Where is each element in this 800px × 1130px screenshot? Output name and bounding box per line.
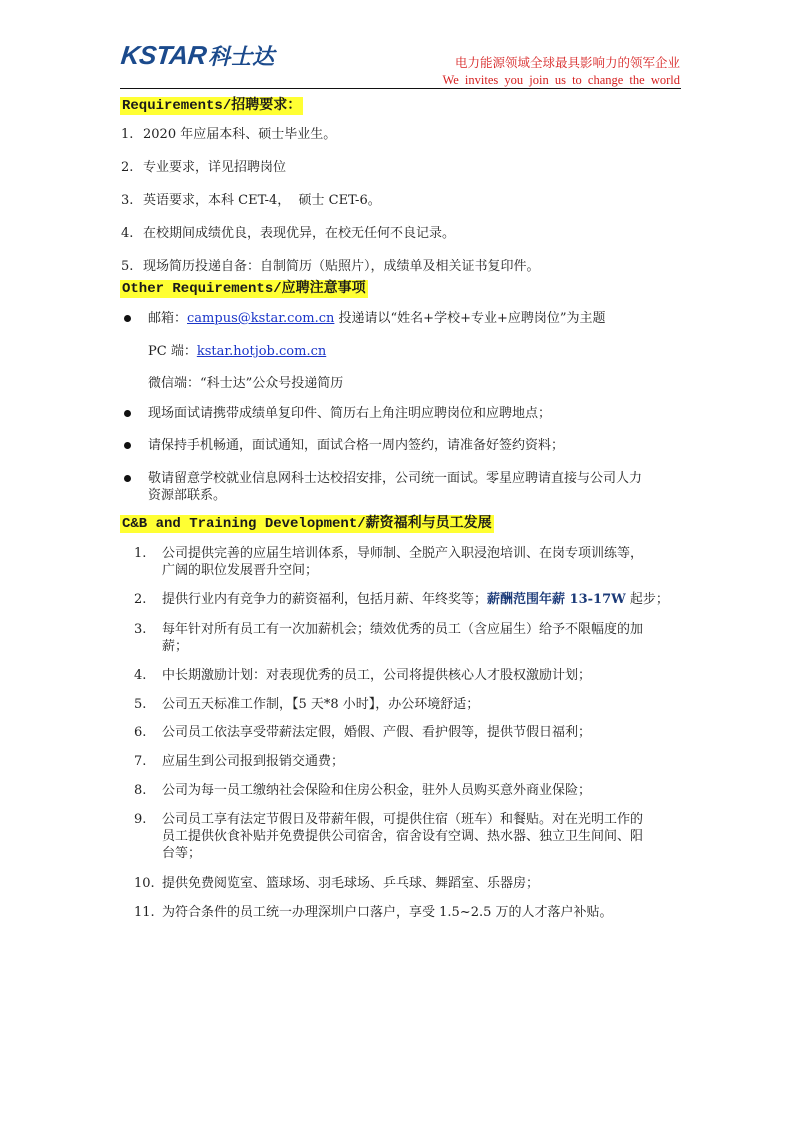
list-number: 3. bbox=[121, 193, 133, 209]
list-item-continuation: 员工提供伙食补贴并免费提供公司宿舍，宿舍设有空调、热水器、独立卫生间间、阳 bbox=[162, 829, 643, 845]
bullet-icon bbox=[124, 410, 131, 417]
list-item: 现场面试请携带成绩单复印件、简历右上角注明应聘岗位和应聘地点； bbox=[148, 406, 551, 422]
list-number: 3. bbox=[134, 622, 146, 638]
kstar-logo: KSTAR 科士达 bbox=[121, 40, 274, 70]
header-divider bbox=[120, 88, 681, 89]
salary-range-highlight: 薪酬范围年薪 13-17W bbox=[487, 592, 626, 607]
list-item: 每年针对所有员工有一次加薪机会；绩效优秀的员工（含应届生）给予不限幅度的加 bbox=[162, 622, 643, 638]
wechat-line: 微信端：“科士达”公众号投递简历 bbox=[148, 376, 343, 392]
list-item: 专业要求，详见招聘岗位 bbox=[143, 160, 286, 176]
list-number: 8. bbox=[134, 783, 146, 799]
list-number: 5. bbox=[134, 697, 146, 713]
email-link[interactable]: campus@kstar.com.cn bbox=[187, 311, 334, 326]
bullet-icon bbox=[124, 315, 131, 322]
list-item: 提供行业内有竞争力的薪资福利，包括月薪、年终奖等；薪酬范围年薪 13-17W 起… bbox=[162, 592, 669, 608]
list-item: 提供免费阅览室、篮球场、羽毛球场、乒乓球、舞蹈室、乐器房； bbox=[162, 876, 539, 892]
list-item: 2020 年应届本科、硕士毕业生。 bbox=[143, 127, 336, 143]
list-number: 1. bbox=[134, 546, 146, 562]
list-item-continuation: 台等； bbox=[162, 846, 201, 862]
tagline-en: We invites you join us to change the wor… bbox=[442, 72, 680, 89]
email-label: 邮箱： bbox=[148, 311, 187, 326]
pc-label: PC 端： bbox=[148, 344, 197, 359]
list-item: 请保持手机畅通，面试通知，面试合格一周内签约，请准备好签约资料； bbox=[148, 438, 564, 454]
list-number: 2. bbox=[134, 592, 146, 608]
salary-text: 提供行业内有竞争力的薪资福利，包括月薪、年终奖等； bbox=[162, 592, 487, 607]
logo-text-cn: 科士达 bbox=[208, 40, 274, 71]
bullet-icon bbox=[124, 475, 131, 482]
list-number: 4. bbox=[134, 668, 146, 684]
list-item: 在校期间成绩优良，表现优异，在校无任何不良记录。 bbox=[143, 226, 455, 242]
email-instructions: 投递请以“姓名+学校+专业+应聘岗位”为主题 bbox=[334, 311, 605, 326]
list-item: 公司五天标准工作制，【5 天*8 小时】，办公环境舒适； bbox=[162, 697, 479, 713]
list-number: 4. bbox=[121, 226, 133, 242]
bullet-icon bbox=[124, 442, 131, 449]
list-item: 为符合条件的员工统一办理深圳户口落户，享受 1.5~2.5 万的人才落户补贴。 bbox=[162, 905, 613, 921]
list-number: 2. bbox=[121, 160, 133, 176]
pc-link[interactable]: kstar.hotjob.com.cn bbox=[197, 344, 326, 359]
list-number: 6. bbox=[134, 725, 146, 741]
tagline-cn: 电力能源领域全球最具影响力的领军企业 bbox=[442, 55, 680, 72]
section-heading-other-requirements: Other Requirements/应聘注意事项 bbox=[120, 280, 368, 298]
list-number: 10. bbox=[134, 876, 155, 892]
list-number: 9. bbox=[134, 812, 146, 828]
list-item: 公司为每一员工缴纳社会保险和住房公积金，驻外人员购买意外商业保险； bbox=[162, 783, 591, 799]
list-item: 英语要求，本科 CET-4， 硕士 CET-6。 bbox=[143, 193, 381, 209]
salary-suffix: 起步； bbox=[626, 592, 669, 607]
list-number: 5. bbox=[121, 259, 133, 275]
list-item: 公司提供完善的应届生培训体系，导师制、全脱产入职浸泡培训、在岗专项训练等， bbox=[162, 546, 643, 562]
list-number: 7. bbox=[134, 754, 146, 770]
list-item: 公司员工享有法定节假日及带薪年假，可提供住宿（班车）和餐贴。对在光明工作的 bbox=[162, 812, 643, 828]
list-item: 敬请留意学校就业信息网科士达校招安排，公司统一面试。零星应聘请直接与公司人力 bbox=[148, 471, 642, 487]
email-line: 邮箱：campus@kstar.com.cn 投递请以“姓名+学校+专业+应聘岗… bbox=[148, 311, 606, 327]
list-number: 11. bbox=[134, 905, 155, 921]
document-page: KSTAR 科士达 电力能源领域全球最具影响力的领军企业 We invites … bbox=[0, 0, 800, 1130]
list-item-continuation: 薪； bbox=[162, 639, 188, 655]
section-heading-requirements: Requirements/招聘要求： bbox=[120, 97, 303, 115]
list-item-continuation: 资源部联系。 bbox=[148, 488, 226, 504]
pc-line: PC 端：kstar.hotjob.com.cn bbox=[148, 344, 326, 360]
list-number: 1. bbox=[121, 127, 133, 143]
list-item: 应届生到公司报到报销交通费； bbox=[162, 754, 344, 770]
list-item: 中长期激励计划：对表现优秀的员工，公司将提供核心人才股权激励计划； bbox=[162, 668, 591, 684]
list-item-continuation: 广阔的职位发展晋升空间； bbox=[162, 563, 318, 579]
logo-text-en: KSTAR bbox=[119, 40, 207, 71]
header-tagline: 电力能源领域全球最具影响力的领军企业 We invites you join u… bbox=[442, 55, 680, 89]
section-heading-benefits: C&B and Training Development/薪资福利与员工发展 bbox=[120, 515, 494, 533]
list-item: 现场简历投递自备：自制简历（贴照片），成绩单及相关证书复印件。 bbox=[143, 259, 540, 275]
list-item: 公司员工依法享受带薪法定假，婚假、产假、看护假等，提供节假日福利； bbox=[162, 725, 591, 741]
